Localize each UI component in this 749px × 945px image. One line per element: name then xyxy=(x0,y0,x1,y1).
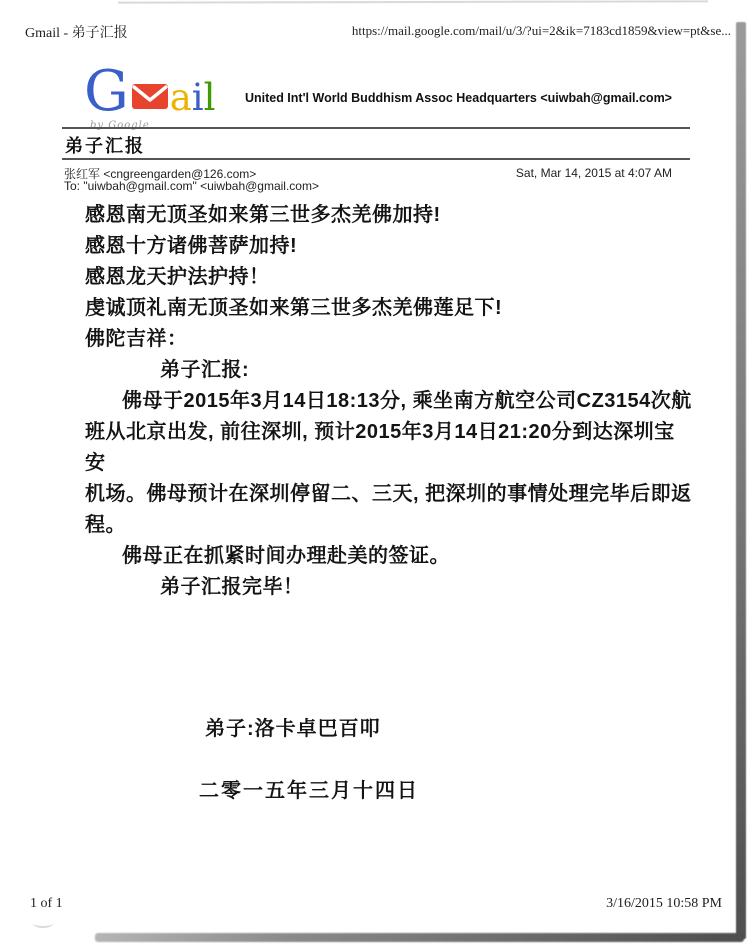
body-line: 佛母正在抓紧时间办理赴美的签证。 xyxy=(85,541,695,572)
message-date: Sat, Mar 14, 2015 at 4:07 AM xyxy=(516,166,672,180)
scan-shadow-bottom xyxy=(95,933,744,942)
logo-letter-g: G xyxy=(84,59,129,124)
message-subject: 弟子汇报 xyxy=(65,132,145,158)
body-line: 程。 xyxy=(85,510,695,541)
logo-byline: by Google xyxy=(90,120,150,131)
body-line: 虔诚顶礼南无顶圣如来第三世多杰羌佛莲足下! xyxy=(85,293,695,324)
logo-letter-i: i xyxy=(192,76,204,119)
gmail-envelope-icon xyxy=(131,83,169,115)
scan-streak-top xyxy=(118,0,708,3)
message-to: To: "uiwbah@gmail.com" <uiwbah@gmail.com… xyxy=(64,179,319,193)
gmail-logo: Gail by Google xyxy=(84,64,215,120)
body-line: 弟子汇报完毕！ xyxy=(85,572,695,603)
signature-name: 弟子:洛卡卓巴百叩 xyxy=(205,712,381,741)
scan-shadow-right xyxy=(736,22,746,939)
scanned-gmail-printout: Gmail - 弟子汇报 https://mail.google.com/mai… xyxy=(0,0,749,945)
print-footer-timestamp: 3/16/2015 10:58 PM xyxy=(606,896,722,912)
divider-subject xyxy=(62,158,690,160)
body-line: 机场。佛母预计在深圳停留二、三天, 把深圳的事情处理完毕后即返 xyxy=(85,479,695,510)
print-footer-page: 1 of 1 xyxy=(30,896,63,912)
body-line: 感恩十方诸佛菩萨加持! xyxy=(85,231,695,262)
divider-top xyxy=(62,127,690,129)
body-line: 弟子汇报: xyxy=(85,355,695,386)
print-header-url: https://mail.google.com/mail/u/3/?ui=2&i… xyxy=(352,23,731,39)
body-line: 班从北京出发, 前往深圳, 预计2015年3月14日21:20分到达深圳宝安 xyxy=(85,417,695,479)
body-line: 佛陀吉祥： xyxy=(85,324,695,355)
print-header-title: Gmail - 弟子汇报 xyxy=(25,22,128,42)
signature-date: 二零一五年三月十四日 xyxy=(199,774,419,803)
logo-letter-a: a xyxy=(170,76,192,119)
logo-letter-l: l xyxy=(204,76,216,119)
account-header: United Int'l World Buddhism Assoc Headqu… xyxy=(245,91,672,105)
body-line: 感恩龙天护法护持！ xyxy=(85,262,695,293)
body-line: 感恩南无顶圣如来第三世多杰羌佛加持! xyxy=(85,200,695,231)
body-line: 佛母于2015年3月14日18:13分, 乘坐南方航空公司CZ3154次航 xyxy=(85,386,695,417)
scan-mark-bottom-left xyxy=(33,919,53,928)
message-body: 感恩南无顶圣如来第三世多杰羌佛加持! 感恩十方诸佛菩萨加持! 感恩龙天护法护持！… xyxy=(85,200,695,603)
